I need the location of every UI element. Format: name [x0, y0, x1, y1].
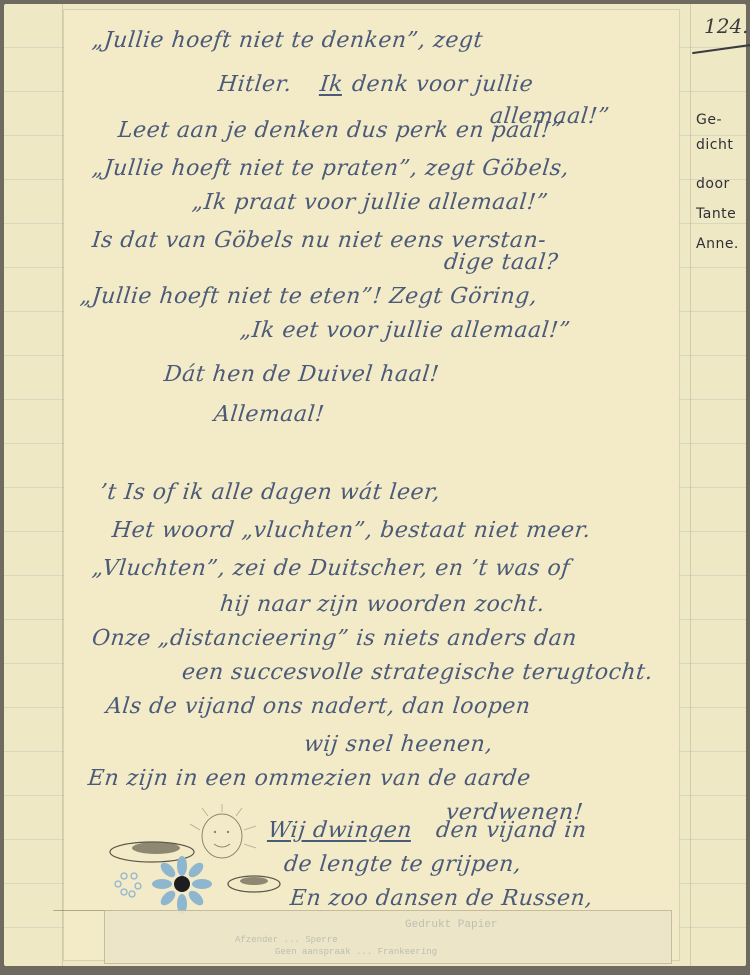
handwritten-line: ’t Is of ik alle dagen wát leer,	[99, 480, 442, 505]
handwritten-line: de lengte te grijpen,	[283, 852, 523, 877]
strip-text: Geen aanspraak ... Frankeering	[275, 947, 437, 957]
page-number: 124.	[704, 14, 749, 38]
handwritten-line: Onze „distancieering” is niets anders da…	[91, 626, 579, 651]
handwritten-line: „Ik praat voor jullie allemaal!”	[191, 190, 550, 215]
strip-text: Afzender ... Sperre	[235, 935, 338, 945]
handwritten-line: Ik	[319, 72, 345, 97]
margin-note-line: Tante	[696, 206, 736, 222]
sun-cloud-flower-drawing	[104, 804, 284, 914]
page-number-underline	[692, 44, 750, 54]
handwritten-line: En zijn in een ommezien van de aarde	[87, 766, 532, 791]
left-margin-line	[62, 4, 63, 966]
margin-note-line: Anne.	[696, 236, 739, 252]
handwritten-line: den vijand in	[435, 818, 588, 843]
manuscript-page: 124. Ge- dicht door Tante Anne. „Jullie …	[4, 4, 746, 966]
handwritten-line: Als de vijand ons nadert, dan loopen	[105, 694, 532, 719]
handwritten-line: „Jullie hoeft niet te praten”, zegt Göbe…	[91, 156, 571, 181]
handwritten-line: „Ik eet voor jullie allemaal!”	[239, 318, 572, 343]
handwritten-line: denk voor jullie	[351, 72, 535, 97]
flower-icon	[115, 856, 212, 914]
handwritten-line: Hitler.	[217, 72, 293, 97]
strip-text: Gedrukt Papier	[405, 919, 497, 931]
handwritten-line: „Jullie hoeft niet te denken”, zegt	[91, 28, 485, 53]
handwritten-line: dige taal?	[443, 250, 560, 275]
handwritten-line: een succesvolle strategische terugtocht.	[181, 660, 655, 685]
right-margin-line	[690, 4, 691, 966]
margin-note-line: door	[696, 176, 730, 192]
handwritten-line: wij snel heenen,	[303, 732, 494, 757]
handwritten-line: Dát hen de Duivel haal!	[163, 362, 441, 387]
handwritten-line: Leet aan je denken dus perk en paal!”	[117, 118, 564, 143]
handwritten-line: En zoo dansen de Russen,	[289, 886, 594, 911]
handwritten-line: „Jullie hoeft niet te eten”! Zegt Göring…	[79, 284, 539, 309]
handwritten-line: Allemaal!	[213, 402, 326, 427]
sun-icon	[190, 804, 256, 858]
handwritten-line: „Vluchten”, zei de Duitscher, en ’t was …	[91, 556, 572, 581]
handwritten-line: hij naar zijn woorden zocht.	[219, 592, 546, 617]
pasted-printed-strip: Gedrukt Papier Afzender ... Sperre Geen …	[104, 910, 672, 964]
margin-note-line: Ge-	[696, 112, 722, 128]
margin-note-line: dicht	[696, 137, 733, 153]
handwritten-line: Wij dwingen	[267, 818, 414, 843]
handwritten-line: Het woord „vluchten”, bestaat niet meer.	[111, 518, 592, 543]
